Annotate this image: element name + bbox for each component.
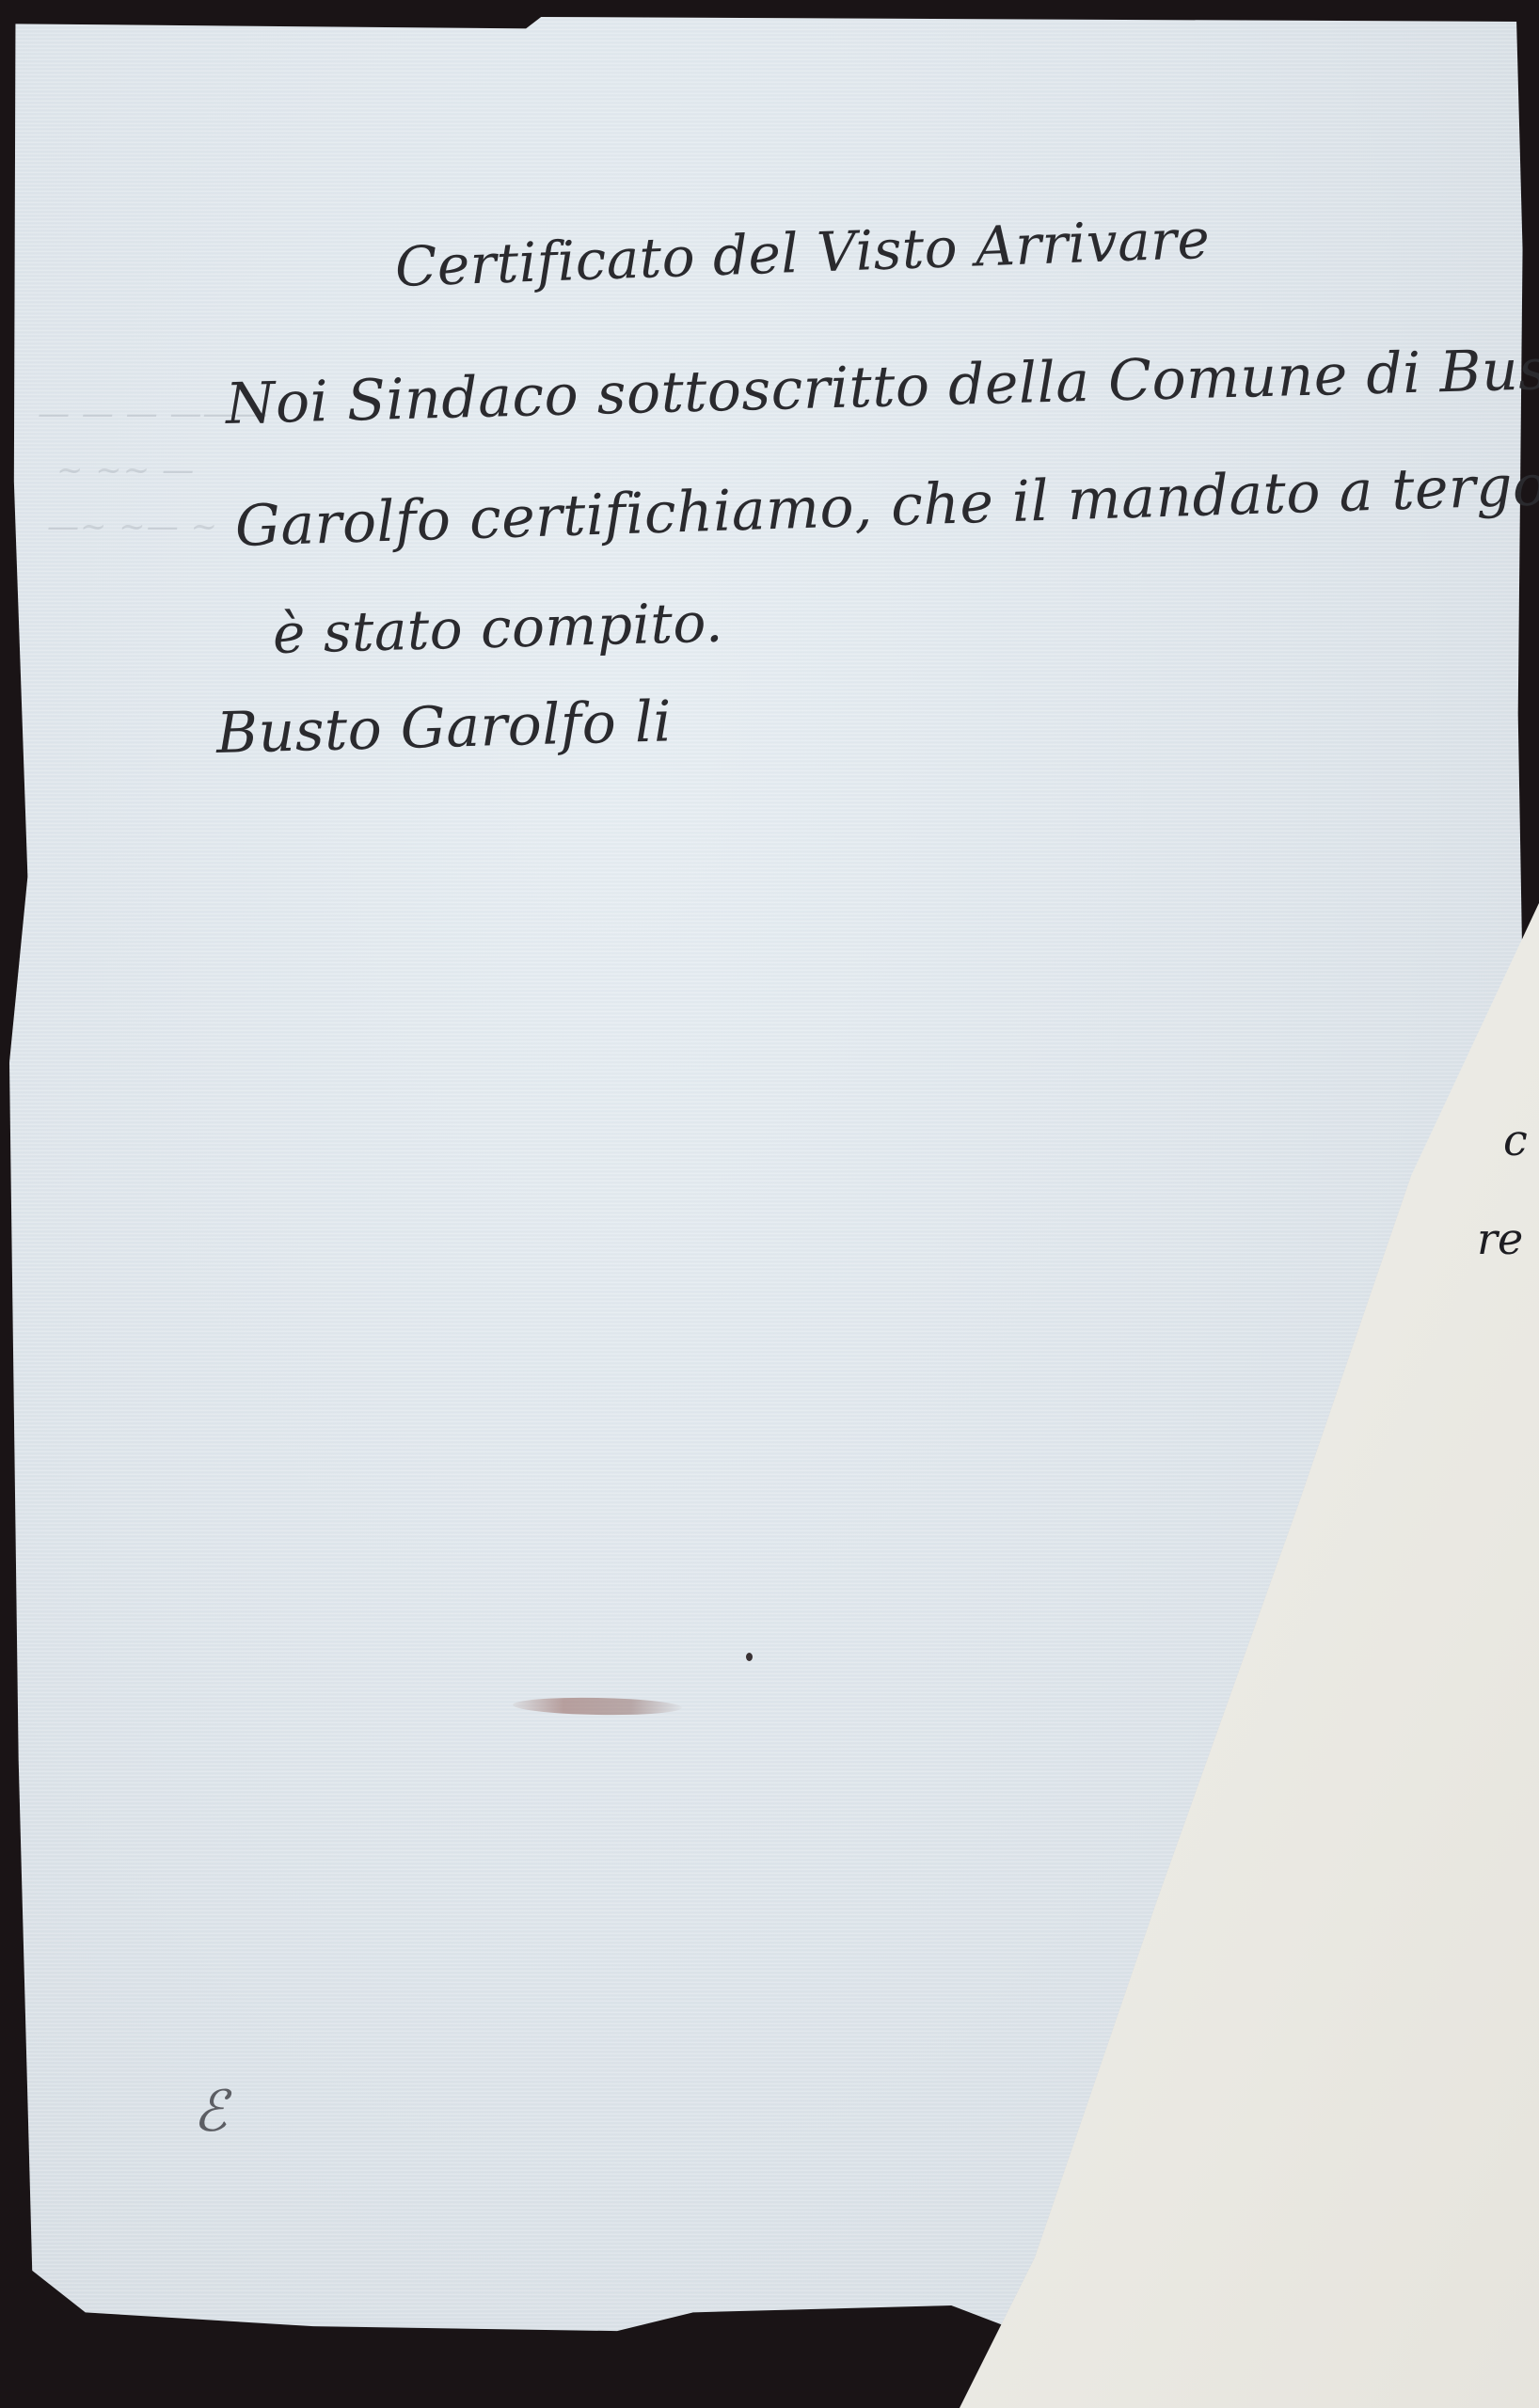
place-date-line: Busto Garolfo li [215,689,673,767]
photo-scene: — — — ——— ~ ~~ — —~ ~— ~ Certificato del… [0,0,1539,2408]
second-sheet-fragment: c [1503,1115,1528,1165]
margin-mark: ℰ [193,2079,268,2145]
body-line-3: è stato compito. [272,590,723,666]
show-through-text: ~ ~~ — [56,451,195,489]
ink-dot [746,1653,753,1661]
show-through-text: —~ ~— ~ [47,508,218,546]
second-sheet-fragment: re [1477,1213,1523,1264]
